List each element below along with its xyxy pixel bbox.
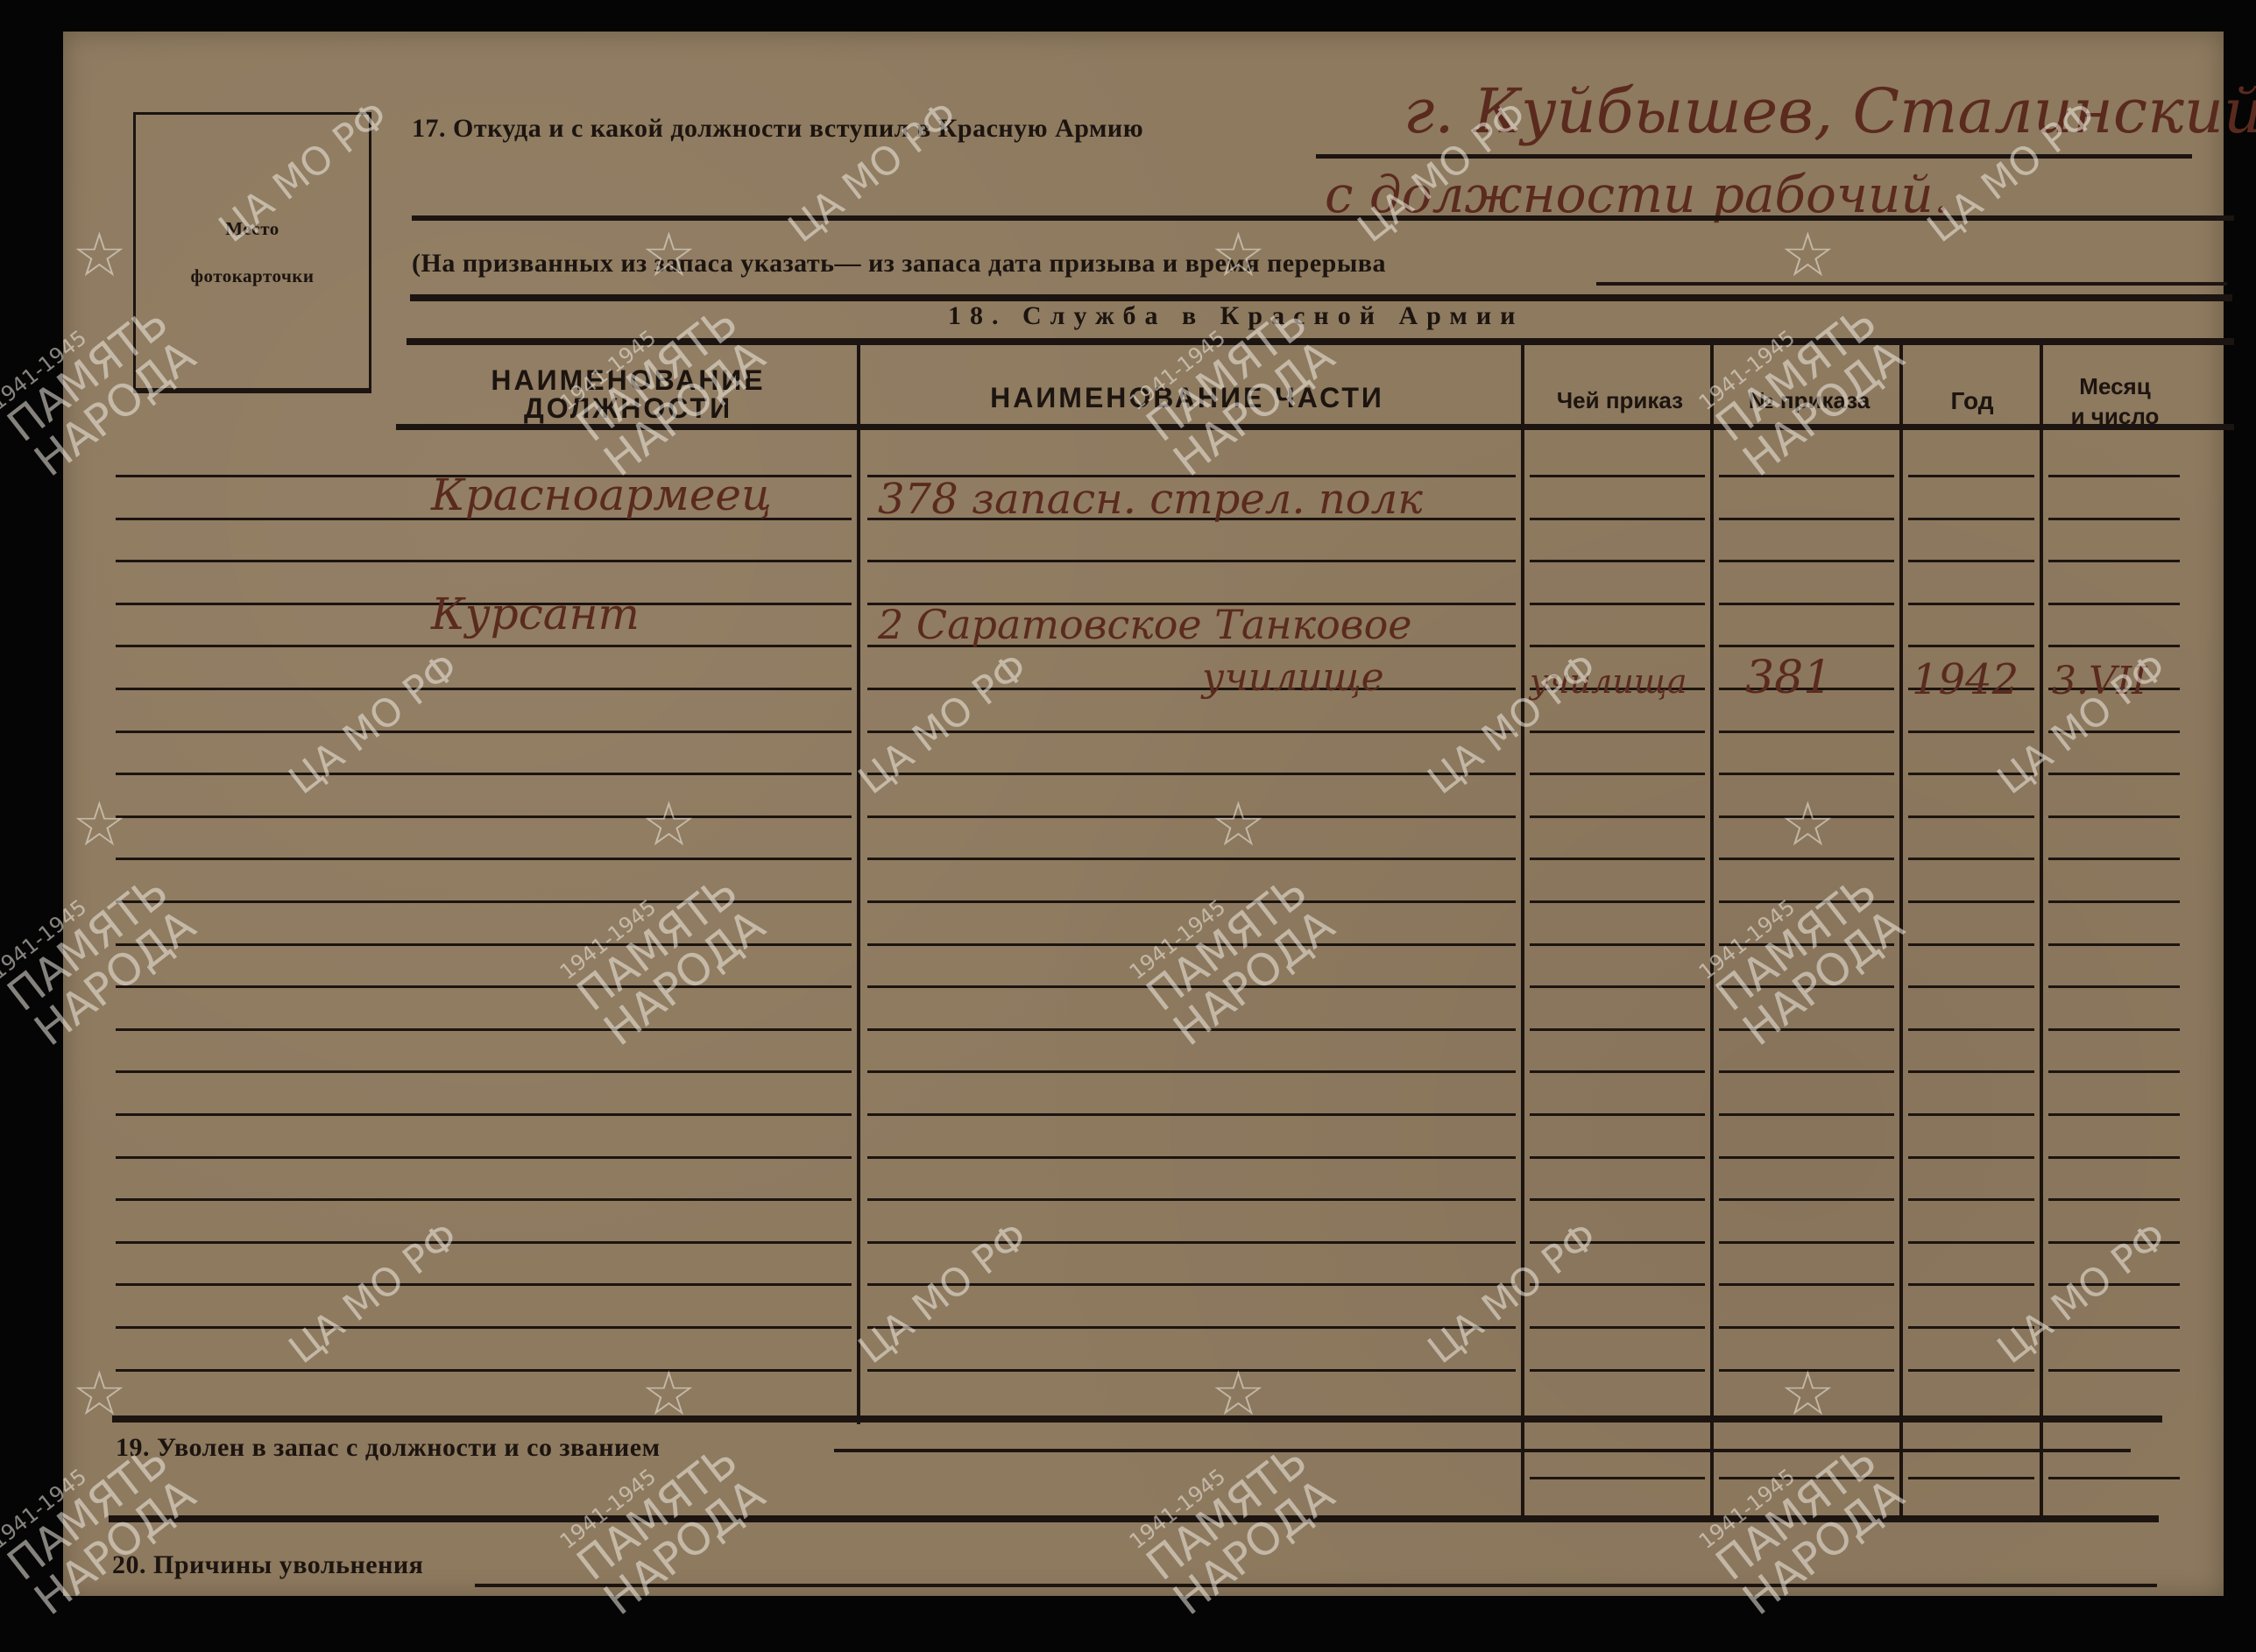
row-rule: [1719, 1070, 1894, 1073]
watermark-pamyat-naroda: 1941-1945ПАМЯТЬНАРОДА: [0, 851, 202, 1053]
row-rule: [1908, 560, 2034, 562]
row-rule: [1908, 773, 2034, 775]
row1-unit: 378 запасн. стрел. полк: [878, 475, 1423, 524]
row-rule: [2048, 603, 2180, 605]
watermark-camo: ЦА МО РФ: [851, 1214, 1036, 1373]
photo-placeholder-box: Место фотокарточки: [133, 112, 371, 393]
row-rule: [1530, 985, 1705, 988]
row-rule: [1719, 900, 1894, 903]
row-rule: [1908, 1369, 2034, 1372]
row-rule: [116, 1326, 852, 1329]
row-rule: [1530, 560, 1705, 562]
row-rule: [1530, 1113, 1705, 1116]
row2-whose-order: училища: [1530, 662, 1687, 701]
section-19-label: 19. Уволен в запас с должности и со зван…: [116, 1433, 661, 1463]
row-rule: [116, 560, 852, 562]
row-rule: [1719, 815, 1894, 818]
row-rule: [2048, 1028, 2180, 1031]
table-header-rule: [396, 424, 2234, 430]
row-rule: [1719, 603, 1894, 605]
row-rule: [2048, 475, 2180, 477]
row-rule: [1530, 1283, 1705, 1286]
row-rule: [867, 858, 1516, 860]
row-rule: [867, 985, 1516, 988]
row-rule: [867, 1028, 1516, 1031]
row-rule: [867, 1113, 1516, 1116]
row-rule: [867, 773, 1516, 775]
row2-unit-cont: училище: [1202, 655, 1384, 700]
watermark-pamyat-naroda: 1941-1945ПАМЯТЬНАРОДА: [555, 851, 772, 1053]
row-rule: [2048, 1241, 2180, 1244]
col-header-whose-order: Чей приказ: [1528, 342, 1712, 414]
watermark-star-icon: ☆: [1211, 794, 1266, 855]
watermark-star-icon: ☆: [1780, 794, 1835, 855]
row-rule: [1908, 1156, 2034, 1159]
row-rule: [2048, 985, 2180, 988]
row-rule: [2048, 1198, 2180, 1201]
row-rule: [1719, 560, 1894, 562]
col-divider: [1710, 345, 1714, 1519]
row-rule: [116, 858, 852, 860]
row-rule: [116, 815, 852, 818]
table-bottom-rule: [112, 1415, 2162, 1423]
col-divider: [857, 338, 860, 1424]
section-20-answer-line: [475, 1584, 2157, 1587]
row-rule: [116, 1028, 852, 1031]
row-rule: [2048, 1113, 2180, 1116]
row-rule: [116, 1241, 852, 1244]
row-rule: [116, 943, 852, 946]
row-rule: [116, 1283, 852, 1286]
row-rule: [1719, 1369, 1894, 1372]
watermark-camo: ЦА МО РФ: [1990, 1214, 2175, 1373]
row-rule: [1908, 815, 2034, 818]
row-rule: [867, 900, 1516, 903]
row-rule: [867, 1156, 1516, 1159]
row-rule: [2048, 731, 2180, 733]
row-rule: [2048, 645, 2180, 647]
watermark-camo: ЦА МО РФ: [281, 645, 467, 803]
col-divider: [1521, 345, 1524, 1519]
row-rule: [1719, 518, 1894, 520]
row-rule: [1908, 900, 2034, 903]
row-rule: [1530, 603, 1705, 605]
col-divider: [2040, 345, 2043, 1519]
col-header-year: Год: [1906, 342, 2038, 415]
row-rule: [116, 731, 852, 733]
col-header-month-day-line1: Месяц: [2045, 371, 2185, 401]
row2-order-no: 381: [1745, 652, 1832, 704]
photo-label-line2: фотокарточки: [136, 265, 369, 287]
photo-label-line1: Место: [136, 218, 369, 240]
row-rule: [1908, 943, 2034, 946]
row-rule: [1719, 985, 1894, 988]
row-rule: [2048, 815, 2180, 818]
row-rule: [867, 1198, 1516, 1201]
reserve-note: (На призванных из запаса указать— из зап…: [412, 249, 1386, 279]
watermark-camo: ЦА МО РФ: [1420, 1214, 1606, 1373]
row-rule: [1908, 858, 2034, 860]
row-rule: [1908, 1326, 2034, 1329]
row-rule: [1908, 1283, 2034, 1286]
row-rule: [1719, 943, 1894, 946]
row-rule: [1908, 1113, 2034, 1116]
row-rule: [867, 1283, 1516, 1286]
row2-position: Курсант: [431, 589, 640, 639]
row-rule: [1530, 1326, 1705, 1329]
answer-underline: [1316, 154, 2192, 159]
row-rule: [1530, 518, 1705, 520]
row-rule: [1530, 1477, 1705, 1479]
row-rule: [1719, 731, 1894, 733]
section-20-label: 20. Причины увольнения: [112, 1550, 423, 1580]
row-rule: [1530, 773, 1705, 775]
row2-month-day: 3.VII: [2052, 659, 2147, 703]
col-divider: [1899, 345, 1903, 1519]
row-rule: [1530, 900, 1705, 903]
answer-line: [412, 215, 2234, 221]
row-rule: [1719, 773, 1894, 775]
row-rule: [1530, 475, 1705, 477]
row-rule: [2048, 858, 2180, 860]
watermark-star-icon: ☆: [641, 794, 697, 855]
row-rule: [1719, 1113, 1894, 1116]
row2-year: 1942: [1912, 655, 2019, 704]
row-rule: [1530, 1028, 1705, 1031]
row-rule: [867, 731, 1516, 733]
row-rule: [1908, 518, 2034, 520]
row-rule: [116, 773, 852, 775]
row-rule: [1908, 1070, 2034, 1073]
row-rule: [1908, 1198, 2034, 1201]
col-header-month-day: Месяц и число: [2045, 342, 2185, 431]
divider: [410, 294, 2232, 301]
section-19-divider: [109, 1515, 2159, 1522]
row-rule: [1719, 1477, 1894, 1479]
row-rule: [1530, 858, 1705, 860]
row-rule: [867, 1241, 1516, 1244]
row-rule: [2048, 773, 2180, 775]
col-header-position: НАИМЕНОВАНИЕ ДОЛЖНОСТИ: [440, 342, 817, 422]
row-rule: [116, 645, 852, 647]
row-rule: [1530, 1369, 1705, 1372]
row-rule: [1719, 858, 1894, 860]
row-rule: [116, 1369, 852, 1372]
row-rule: [1530, 943, 1705, 946]
service-record-card: Место фотокарточки 17. Откуда и с какой …: [63, 32, 2224, 1596]
row-rule: [2048, 1070, 2180, 1073]
row-rule: [1719, 475, 1894, 477]
row-rule: [1719, 1326, 1894, 1329]
row-rule: [1530, 815, 1705, 818]
row-rule: [1530, 1070, 1705, 1073]
row-rule: [116, 900, 852, 903]
row-rule: [2048, 900, 2180, 903]
row-rule: [1719, 1241, 1894, 1244]
watermark-camo: ЦА МО РФ: [851, 645, 1036, 803]
row-rule: [116, 688, 852, 690]
row-rule: [867, 560, 1516, 562]
row-rule: [1908, 731, 2034, 733]
row-rule: [116, 1198, 852, 1201]
row-rule: [2048, 1477, 2180, 1479]
row-rule: [116, 1070, 852, 1073]
row-rule: [867, 943, 1516, 946]
row-rule: [2048, 1283, 2180, 1286]
row-rule: [1530, 731, 1705, 733]
row-rule: [1908, 603, 2034, 605]
row-rule: [2048, 943, 2180, 946]
section-17-label: 17. Откуда и с какой должности вступил в…: [412, 114, 1143, 144]
row-rule: [1719, 1028, 1894, 1031]
reserve-answer-line: [1596, 282, 2227, 286]
row-rule: [116, 985, 852, 988]
row-rule: [1530, 645, 1705, 647]
watermark-pamyat-naroda: 1941-1945ПАМЯТЬНАРОДА: [1694, 851, 1911, 1053]
row-rule: [1908, 475, 2034, 477]
watermark-star-icon: ☆: [72, 224, 127, 286]
row-rule: [2048, 1326, 2180, 1329]
row-rule: [116, 1113, 852, 1116]
row1-position: Красноармеец: [431, 469, 772, 520]
row-rule: [1530, 1241, 1705, 1244]
watermark-pamyat-naroda: 1941-1945ПАМЯТЬНАРОДА: [1125, 851, 1341, 1053]
row-rule: [1719, 1198, 1894, 1201]
col-header-position-line2: ДОЛЖНОСТИ: [440, 394, 817, 422]
watermark-camo: ЦА МО РФ: [281, 1214, 467, 1373]
section-19-answer-line: [834, 1449, 2131, 1452]
col-header-order-no: № приказа: [1717, 342, 1901, 414]
row-rule: [1908, 1028, 2034, 1031]
col-header-unit: НАИМЕНОВАНИЕ ЧАСТИ: [867, 342, 1507, 414]
watermark-star-icon: ☆: [72, 794, 127, 855]
row-rule: [2048, 1156, 2180, 1159]
row2-unit: 2 Саратовское Танковое: [878, 601, 1412, 648]
row-rule: [1908, 985, 2034, 988]
row-rule: [1908, 645, 2034, 647]
row-rule: [2048, 518, 2180, 520]
section-17-answer-line1: г. Куйбышев, Сталинский р-н: [1404, 75, 2256, 147]
row-rule: [867, 1070, 1516, 1073]
row-rule: [2048, 560, 2180, 562]
row-rule: [867, 1326, 1516, 1329]
row-rule: [867, 815, 1516, 818]
section-18-title: 18. Служба в Красной Армии: [948, 301, 1524, 331]
row-rule: [2048, 1369, 2180, 1372]
row-rule: [1719, 1156, 1894, 1159]
watermark-star-icon: ☆: [1780, 224, 1835, 286]
row-rule: [1908, 1477, 2034, 1479]
row-rule: [1719, 645, 1894, 647]
col-header-position-line1: НАИМЕНОВАНИЕ: [440, 366, 817, 394]
row-rule: [1530, 1156, 1705, 1159]
row-rule: [1908, 1241, 2034, 1244]
row-rule: [1530, 1198, 1705, 1201]
row-rule: [867, 1369, 1516, 1372]
row-rule: [1719, 1283, 1894, 1286]
row-rule: [867, 688, 1516, 690]
row-rule: [116, 1156, 852, 1159]
